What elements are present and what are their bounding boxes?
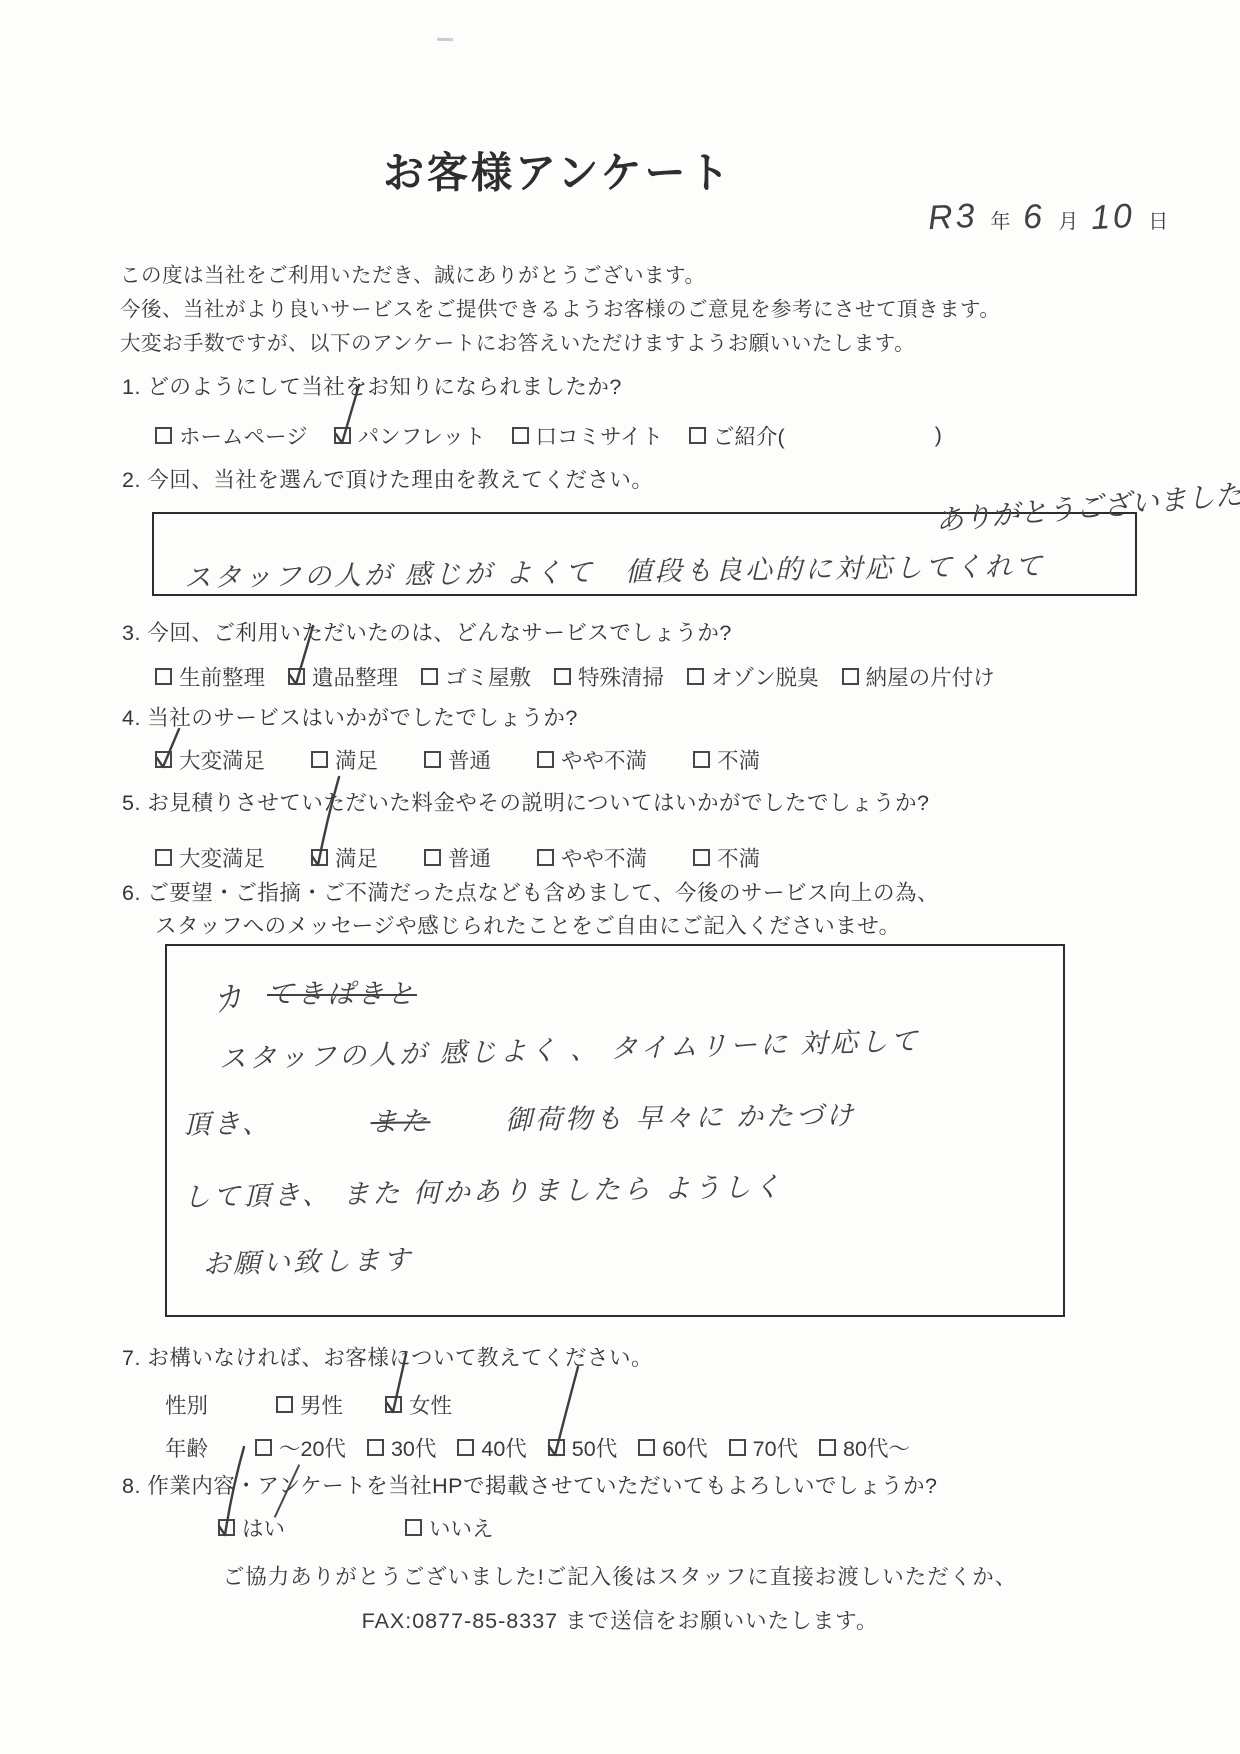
checkbox	[687, 668, 704, 685]
checkbox	[334, 427, 351, 444]
date-era-year-handwritten: R3	[927, 197, 978, 239]
option-label: ゴミ屋敷	[445, 661, 531, 692]
option-label: 40代	[481, 1432, 526, 1463]
q3-option-naya-katazuke: 納屋の片付け	[842, 661, 995, 692]
option-label: 遺品整理	[312, 661, 398, 692]
q7-age-50s: 50代	[548, 1432, 617, 1463]
q4-heading: 4. 当社のサービスはいかがでしたでしょうか?	[122, 701, 578, 732]
option-label: 60代	[662, 1432, 707, 1463]
option-label: やや不満	[561, 842, 647, 873]
q6-handwritten-line-1: スタッフの人が 感じよく 、 タイムリーに 対応して	[219, 1019, 921, 1076]
q5-option-dissatisfied: 不満	[693, 842, 760, 873]
option-label: 口コミサイト	[536, 420, 664, 451]
date-day-handwritten: 10	[1090, 197, 1136, 238]
checkbox	[155, 849, 172, 866]
checkbox	[457, 1439, 474, 1456]
q1-heading: 1. どのようにして当社をお知りになられましたか?	[122, 370, 622, 401]
q4-options-row: 大変満足 満足 普通 やや不満 不満	[155, 744, 760, 775]
q7-age-over-80s: 80代〜	[819, 1432, 910, 1463]
option-label: 大変満足	[179, 842, 265, 873]
option-label: 満足	[335, 842, 378, 873]
date-year-label: 年	[990, 205, 1010, 234]
q7-option-male: 男性	[276, 1389, 343, 1420]
q6-line2-crossed-word: また	[370, 1106, 430, 1137]
q7-age-60s: 60代	[638, 1432, 707, 1463]
q3-option-tokushu-seisou: 特殊清掃	[554, 661, 664, 692]
checkbox	[537, 849, 554, 866]
checkbox	[311, 849, 328, 866]
intro-line-1: この度は当社をご利用いただき、誠にありがとうございます。	[120, 258, 706, 288]
q4-option-dissatisfied: 不満	[693, 744, 760, 775]
option-label: 70代	[753, 1432, 798, 1463]
q8-heading: 8. 作業内容・アンケートを当社HPで掲載させていただいてもよろしいでしょうか?	[122, 1469, 937, 1500]
option-label: やや不満	[561, 744, 647, 775]
footer-line-2-fax: FAX:0877-85-8337 まで送信をお願いいたします。	[0, 1604, 1240, 1635]
q6-answer-box: カ てきぱきと スタッフの人が 感じよく 、 タイムリーに 対応して 頂き、 ま…	[165, 944, 1065, 1317]
date-day-label: 日	[1148, 205, 1168, 234]
referral-paren-close: )	[935, 423, 942, 448]
option-label: はい	[242, 1512, 285, 1543]
age-label: 年齢	[165, 1432, 208, 1463]
q8-option-no: いいえ	[405, 1512, 494, 1543]
checkbox	[288, 668, 305, 685]
q1-options-row: ホームページ パンフレット 口コミサイト ご紹介( )	[155, 420, 942, 451]
checkbox	[819, 1439, 836, 1456]
q7-age-70s: 70代	[729, 1432, 798, 1463]
q3-heading: 3. 今回、ご利用いただいたのは、どんなサービスでしょうか?	[122, 616, 732, 647]
checkbox	[255, 1439, 272, 1456]
date-line: R3 年 6 月 10 日	[928, 198, 1168, 237]
option-label: ホームページ	[179, 420, 308, 451]
checkbox	[385, 1396, 402, 1413]
checkbox	[554, 668, 571, 685]
q8-option-yes: はい	[218, 1512, 285, 1543]
q7-gender-row: 性別 男性 女性	[165, 1389, 452, 1420]
option-label: 80代〜	[843, 1432, 910, 1463]
gender-label: 性別	[165, 1389, 208, 1420]
q3-option-gomi-yashiki: ゴミ屋敷	[421, 661, 531, 692]
option-label: 満足	[335, 744, 378, 775]
q5-option-somewhat-dissatisfied: やや不満	[537, 842, 647, 873]
q6-handwritten-mark: カ	[207, 971, 247, 1021]
option-label: いいえ	[429, 1512, 494, 1543]
q7-option-female: 女性	[385, 1389, 452, 1420]
option-label: 普通	[448, 744, 491, 775]
option-label: 特殊清掃	[578, 661, 664, 692]
option-label: 不満	[717, 842, 760, 873]
checkbox	[693, 751, 710, 768]
checkbox	[276, 1396, 293, 1413]
q6-handwritten-line-4: お願い致します	[203, 1238, 414, 1281]
checkbox	[155, 427, 172, 444]
q6-heading-line-2: スタッフへのメッセージや感じられたことをご自由にご記入くださいませ。	[155, 909, 901, 940]
q1-option-homepage: ホームページ	[155, 420, 308, 451]
q1-option-review-site: 口コミサイト	[512, 420, 664, 451]
option-label: 不満	[717, 744, 760, 775]
option-label: 普通	[448, 842, 491, 873]
q5-option-very-satisfied: 大変満足	[155, 842, 265, 873]
page-title: お客様アンケート	[383, 139, 733, 200]
checkbox	[405, 1519, 422, 1536]
q7-age-40s: 40代	[457, 1432, 526, 1463]
checkbox	[367, 1439, 384, 1456]
date-month-handwritten: 6	[1022, 197, 1046, 237]
checkbox	[512, 427, 529, 444]
intro-line-2: 今後、当社がより良いサービスをご提供できるようお客様のご意見を参考にさせて頂きま…	[120, 292, 1000, 322]
q6-handwritten-line-3: して頂き、 また 何かありましたら ようしく	[183, 1165, 784, 1214]
checkbox	[311, 751, 328, 768]
q5-option-satisfied: 満足	[311, 842, 378, 873]
checkbox	[689, 427, 706, 444]
checkbox	[155, 668, 172, 685]
footer-line-1: ご協力ありがとうございました!ご記入後はスタッフに直接お渡しいただくか、	[0, 1560, 1240, 1591]
q6-handwritten-line-2: 頂き、 また 御荷物も 早々に かたづけ	[183, 1093, 856, 1141]
q7-age-under-20s: 〜20代	[255, 1432, 346, 1463]
q4-option-very-satisfied: 大変満足	[155, 744, 265, 775]
option-label: 納屋の片付け	[866, 661, 995, 692]
option-label: 〜20代	[279, 1432, 346, 1463]
q4-option-satisfied: 満足	[311, 744, 378, 775]
checkbox	[537, 751, 554, 768]
checkbox	[638, 1439, 655, 1456]
option-label: パンフレット	[358, 420, 486, 451]
option-label: 大変満足	[179, 744, 265, 775]
q7-age-row: 年齢 〜20代 30代 40代 50代 60代 70代 80代〜	[165, 1432, 910, 1463]
q7-age-30s: 30代	[367, 1432, 436, 1463]
q5-options-row: 大変満足 満足 普通 やや不満 不満	[155, 842, 760, 873]
scanned-survey-page: お客様アンケート R3 年 6 月 10 日 この度は当社をご利用いただき、誠に…	[0, 0, 1240, 1754]
option-label: オゾン脱臭	[711, 661, 819, 692]
checkbox	[729, 1439, 746, 1456]
scan-artifact	[437, 38, 453, 42]
q8-options-row: はい いいえ	[218, 1512, 494, 1543]
q5-option-neutral: 普通	[424, 842, 491, 873]
q2-handwritten-answer: スタッフの人が 感じが よくて 値段も良心的に対応してくれて	[184, 544, 1045, 595]
checkbox	[218, 1519, 235, 1536]
checkbox	[155, 751, 172, 768]
option-label: 50代	[572, 1432, 617, 1463]
q3-option-ihin-seiri: 遺品整理	[288, 661, 398, 692]
q7-heading: 7. お構いなければ、お客様について教えてください。	[122, 1341, 653, 1372]
q3-option-seizen-seiri: 生前整理	[155, 661, 265, 692]
option-label: ご紹介(	[713, 420, 785, 451]
checkbox	[424, 849, 441, 866]
q6-heading-line-1: 6. ご要望・ご指摘・ご不満だった点なども含めまして、今後のサービス向上の為、	[122, 876, 939, 907]
q2-heading: 2. 今回、当社を選んで頂けた理由を教えてください。	[122, 463, 653, 494]
checkbox	[421, 668, 438, 685]
checkbox	[693, 849, 710, 866]
q3-options-row: 生前整理 遺品整理 ゴミ屋敷 特殊清掃 オゾン脱臭 納屋の片付け	[155, 661, 995, 692]
q3-option-ozone-dasshu: オゾン脱臭	[687, 661, 819, 692]
q4-option-somewhat-dissatisfied: やや不満	[537, 744, 647, 775]
q6-line2-tail: 御荷物も 早々に かたづけ	[505, 1100, 856, 1135]
q6-line2-head: 頂き、	[183, 1108, 272, 1139]
q6-crossed-out-text: てきぱきと	[267, 972, 417, 1011]
option-label: 男性	[300, 1389, 343, 1420]
checkbox	[842, 668, 859, 685]
q1-option-pamphlet: パンフレット	[334, 420, 486, 451]
intro-line-3: 大変お手数ですが、以下のアンケートにお答えいただけますようお願いいたします。	[120, 326, 915, 356]
q1-option-referral: ご紹介( )	[689, 420, 942, 451]
checkbox	[424, 751, 441, 768]
option-label: 生前整理	[179, 661, 265, 692]
date-month-label: 月	[1058, 205, 1078, 234]
q5-heading: 5. お見積りさせていただいた料金やその説明についてはいかがでしたでしょうか?	[122, 786, 929, 817]
option-label: 女性	[409, 1389, 452, 1420]
q4-option-neutral: 普通	[424, 744, 491, 775]
checkbox	[548, 1439, 565, 1456]
option-label: 30代	[391, 1432, 436, 1463]
